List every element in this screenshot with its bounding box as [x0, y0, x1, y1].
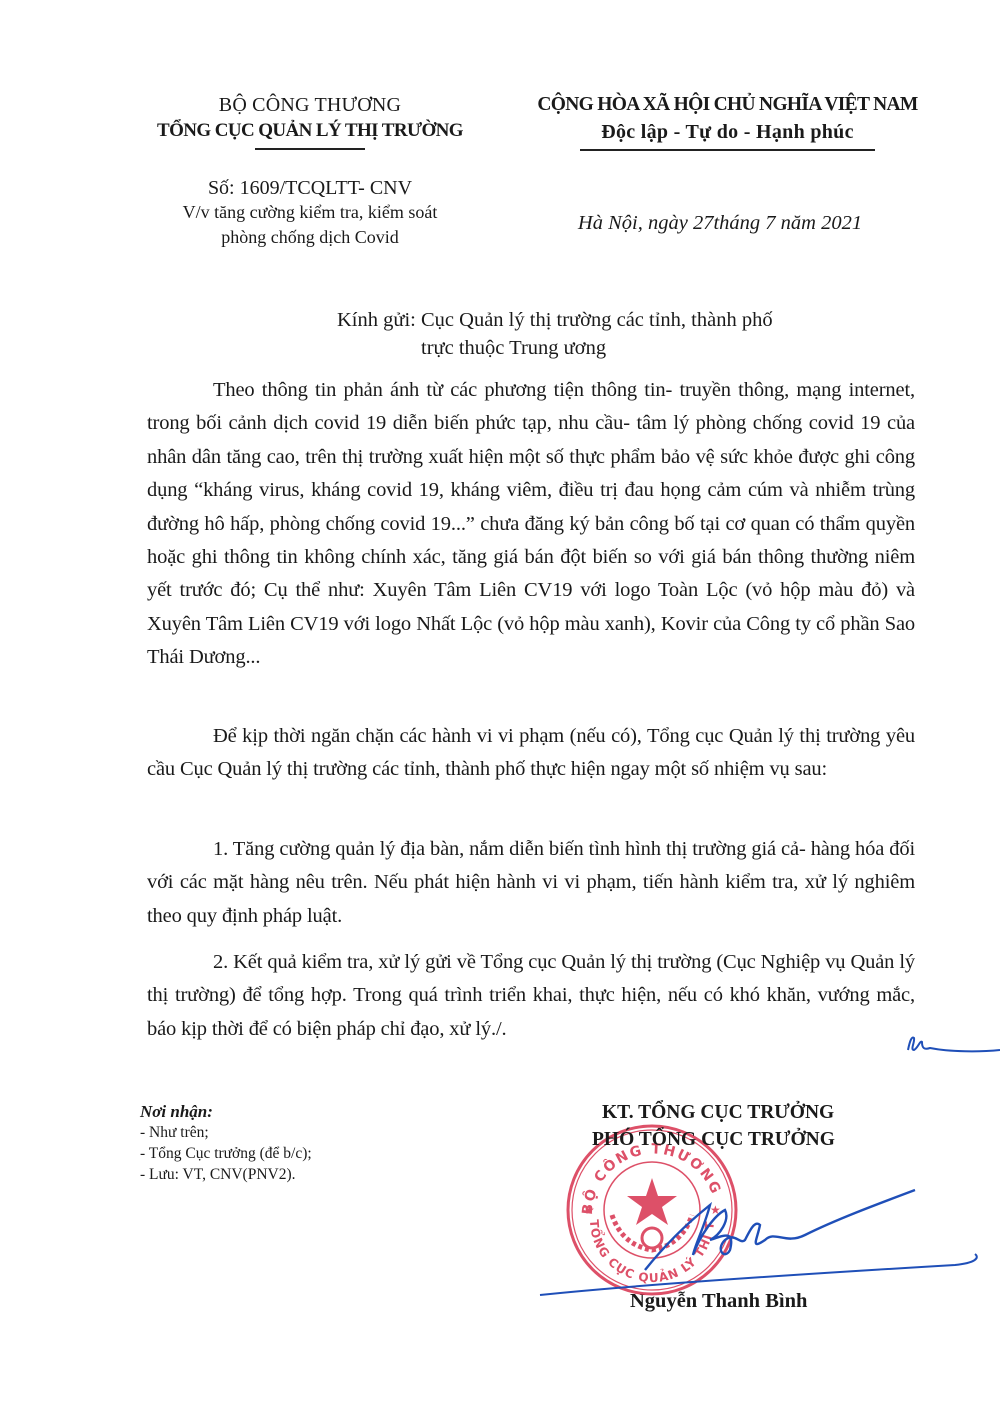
issuing-agency-block: BỘ CÔNG THƯƠNG TỔNG CỤC QUẢN LÝ THỊ TRƯỜ…: [120, 92, 500, 250]
body-paragraph-2-text: Để kịp thời ngăn chặn các hành vi vi phạ…: [147, 725, 915, 780]
subject-line-1: V/v tăng cường kiểm tra, kiểm soát: [120, 200, 500, 225]
nation-title: CỘNG HÒA XÃ HỘI CHỦ NGHĨA VIỆT NAM: [505, 92, 950, 118]
handwritten-signature-icon: [535, 1150, 985, 1300]
addressee-line-2: trực thuộc Trung ương: [337, 334, 773, 362]
agency-name: TỔNG CỤC QUẢN LÝ THỊ TRƯỜNG: [120, 118, 500, 144]
signatory-title: PHÓ TỔNG CỤC TRƯỞNG: [560, 1126, 930, 1153]
addressee-block: Kính gửi:Cục Quản lý thị trường các tỉnh…: [337, 306, 773, 362]
agency-underline: [255, 148, 365, 150]
ministry-name: BỘ CÔNG THƯƠNG: [120, 92, 500, 118]
national-heading-block: CỘNG HÒA XÃ HỘI CHỦ NGHĨA VIỆT NAM Độc l…: [505, 92, 950, 151]
distribution-item: - Như trên;: [140, 1122, 312, 1143]
distribution-title: Nơi nhận:: [140, 1101, 312, 1122]
initial-mark-icon: [900, 1028, 1000, 1058]
motto-underline: [580, 149, 875, 151]
distribution-item: - Lưu: VT, CNV(PNV2).: [140, 1164, 312, 1185]
distribution-list: Nơi nhận: - Như trên; - Tổng Cục trưởng …: [140, 1101, 312, 1185]
national-motto: Độc lập - Tự do - Hạnh phúc: [505, 118, 950, 146]
body-paragraph-1-text: Theo thông tin phản ánh từ các phương ti…: [147, 379, 915, 668]
addressee-line-1: Cục Quản lý thị trường các tỉnh, thành p…: [421, 309, 773, 331]
task-item-1: 1. Tăng cường quản lý địa bàn, nắm diễn …: [147, 833, 915, 933]
task-item-2: 2. Kết quả kiểm tra, xử lý gửi về Tổng c…: [147, 946, 915, 1046]
place-date: Hà Nội, ngày 27tháng 7 năm 2021: [505, 212, 935, 235]
task-item-2-text: 2. Kết quả kiểm tra, xử lý gửi về Tổng c…: [147, 951, 915, 1040]
signatory-authority: KT. TỔNG CỤC TRƯỞNG: [560, 1099, 930, 1126]
body-paragraph-2: Để kịp thời ngăn chặn các hành vi vi phạ…: [147, 720, 915, 787]
subject-line-2: phòng chống dịch Covid: [120, 225, 500, 250]
task-item-1-text: 1. Tăng cường quản lý địa bàn, nắm diễn …: [147, 838, 915, 927]
document-number: Số: 1609/TCQLTT- CNV: [120, 176, 500, 200]
body-paragraph-1: Theo thông tin phản ánh từ các phương ti…: [147, 374, 915, 675]
addressee-label: Kính gửi:: [337, 306, 421, 334]
signature-block: KT. TỔNG CỤC TRƯỞNG PHÓ TỔNG CỤC TRƯỞNG: [560, 1099, 930, 1153]
distribution-item: - Tổng Cục trưởng (để b/c);: [140, 1143, 312, 1164]
